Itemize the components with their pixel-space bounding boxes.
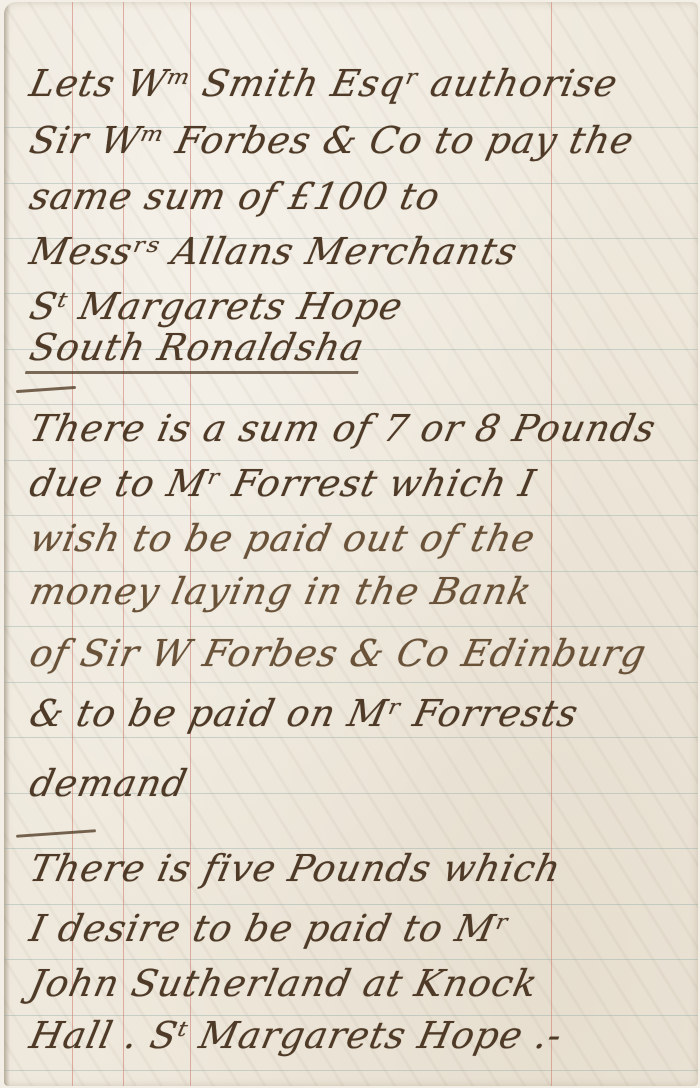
text-line: Sir Wᵐ Forbes & Co to pay the (26, 119, 638, 162)
paragraph-separator (16, 829, 96, 838)
text-line: I desire to be paid to Mʳ (26, 907, 513, 950)
ruled-line (4, 515, 698, 516)
text-line: same sum of £100 to (26, 175, 444, 218)
ruled-line (4, 1070, 698, 1071)
text-line: of Sir W Forbes & Co Edinburg (26, 632, 651, 675)
text-line: Sᵗ Margarets Hope (26, 285, 407, 328)
manuscript-page: Lets Wᵐ Smith Esqʳ authorise Sir Wᵐ Forb… (4, 2, 698, 1086)
ruled-line (4, 737, 698, 738)
text-line: money laying in the Bank (26, 570, 536, 613)
text-line: South Ronaldsha (26, 326, 368, 369)
text-line: Hall . Sᵗ Margarets Hope .- (26, 1014, 566, 1057)
ruled-line (4, 626, 698, 627)
text-line: & to be paid on Mʳ Forrests (26, 692, 583, 735)
text-line: There is five Pounds which (26, 847, 565, 890)
page-edge-shadow (4, 2, 10, 1086)
ruled-line (4, 682, 698, 683)
underlined-text: South Ronaldsha (25, 326, 369, 374)
text-line: demand (26, 762, 191, 805)
text-line: John Sutherland at Knock (26, 962, 542, 1005)
text-line: Messʳˢ Allans Merchants (26, 230, 522, 273)
ruled-line (4, 404, 698, 405)
margin-rule (551, 2, 552, 1086)
text-line: There is a sum of 7 or 8 Pounds (26, 407, 660, 450)
text-line: Lets Wᵐ Smith Esqʳ authorise (26, 62, 622, 105)
paragraph-separator (16, 386, 76, 393)
ruled-line (4, 959, 698, 960)
text-line: wish to be paid out of the (26, 517, 540, 560)
ruled-line (4, 460, 698, 461)
text-line: due to Mʳ Forrest which I (26, 462, 540, 505)
ruled-line (4, 904, 698, 905)
